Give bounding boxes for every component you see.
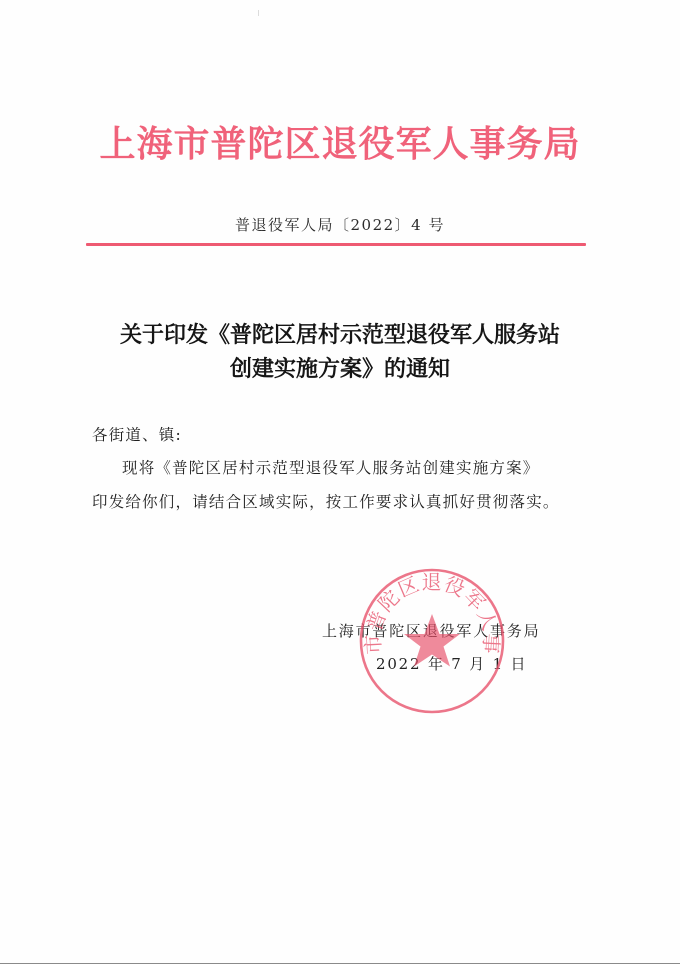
title-line-1: 关于印发《普陀区居村示范型退役军人服务站	[0, 318, 680, 352]
body-line-2: 印发给你们，请结合区域实际，按工作要求认真抓好贯彻落实。	[92, 491, 602, 513]
signature-block: 上海市普陀区退役军人事务局 2022 年 7 月 1 日	[322, 620, 602, 675]
issuer-header: 上海市普陀区退役军人事务局	[0, 118, 680, 170]
red-divider-rule	[86, 243, 586, 246]
title-line-2: 创建实施方案》的通知	[0, 352, 680, 386]
salutation: 各街道、镇:	[92, 424, 602, 446]
document-page: 上海市普陀区退役军人事务局 普退役军人局〔2022〕4 号 关于印发《普陀区居村…	[0, 0, 680, 964]
scan-artifact	[258, 10, 259, 16]
body-line-1: 现将《普陀区居村示范型退役军人服务站创建实施方案》	[122, 457, 632, 479]
document-title: 关于印发《普陀区居村示范型退役军人服务站 创建实施方案》的通知	[0, 318, 680, 386]
signature-date: 2022 年 7 月 1 日	[376, 653, 602, 675]
document-number: 普退役军人局〔2022〕4 号	[0, 214, 680, 236]
signature-organization: 上海市普陀区退役军人事务局	[322, 620, 602, 642]
